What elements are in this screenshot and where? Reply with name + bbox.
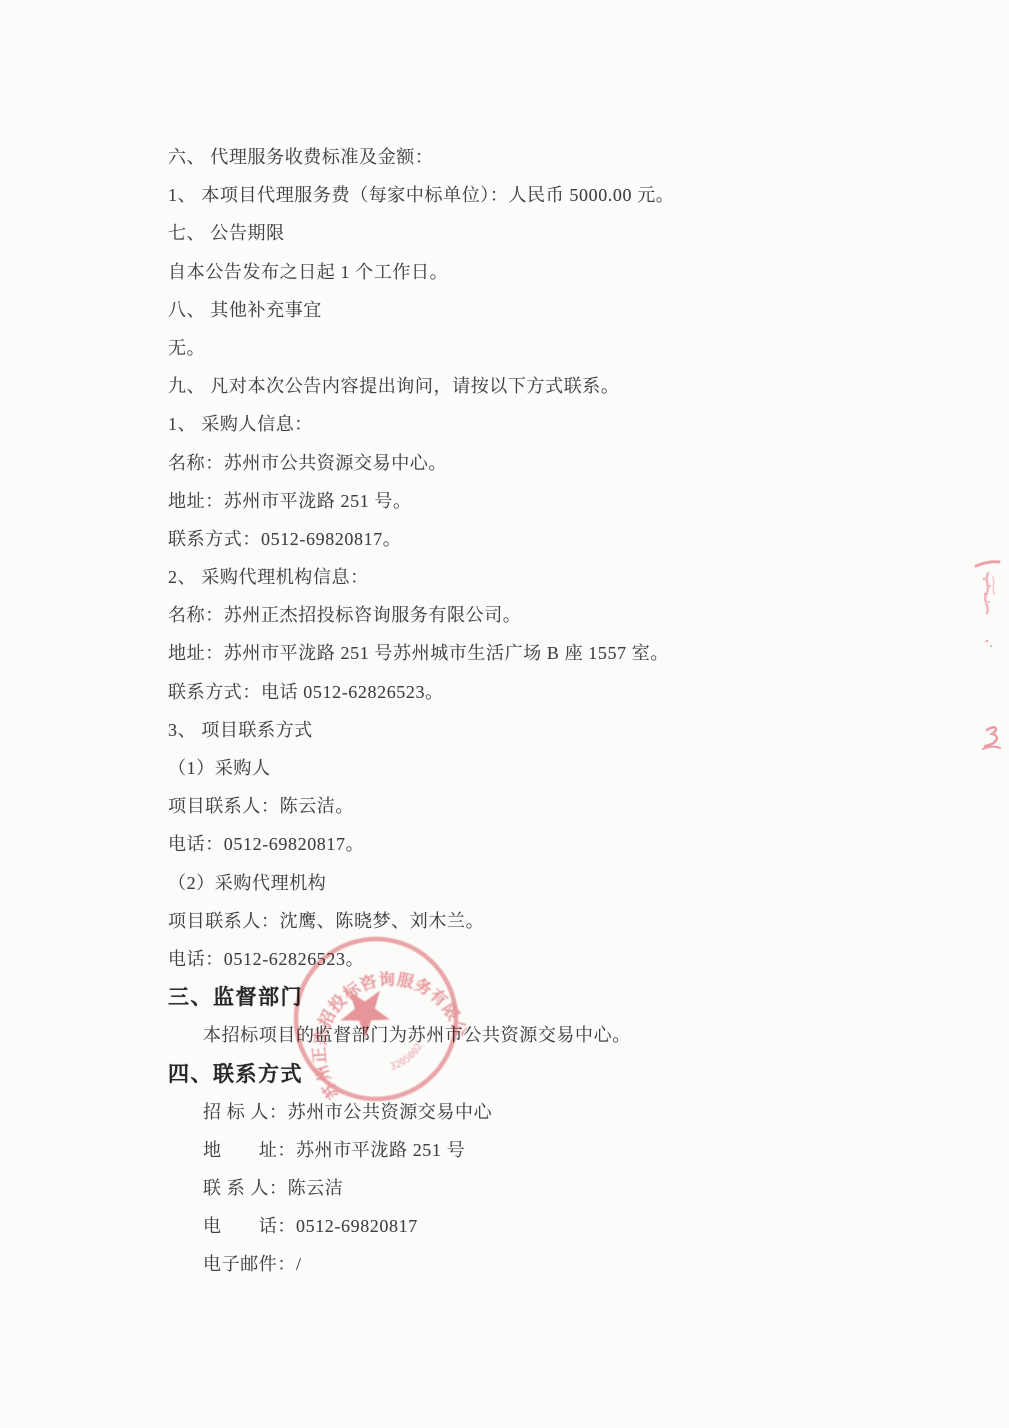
doc-line: 地址：苏州市平泷路 251 号苏州城市生活广场 B 座 1557 室。 [168, 643, 968, 663]
doc-line: 本招标项目的监督部门为苏州市公共资源交易中心。 [168, 1025, 968, 1045]
doc-line: （1）采购人 [168, 758, 968, 778]
contact-row-person: 联 系 人：陈云洁 [168, 1178, 968, 1198]
stamp-edge-artifact [963, 553, 1009, 665]
contact-row-address: 地 址：苏州市平泷路 251 号 [168, 1140, 968, 1160]
doc-line: 2、 采购代理机构信息： [168, 567, 968, 587]
doc-line: 电话：0512-69820817。 [168, 834, 968, 854]
doc-line: 项目联系人：陈云洁。 [168, 796, 968, 816]
doc-line: 名称：苏州正杰招投标咨询服务有限公司。 [168, 605, 968, 625]
doc-line: 自本公告发布之日起 1 个工作日。 [168, 262, 968, 282]
doc-line: 八、 其他补充事宜 [168, 300, 968, 320]
doc-line: 七、 公告期限 [168, 223, 968, 243]
doc-line: 3、 项目联系方式 [168, 720, 968, 740]
doc-line: 地址：苏州市平泷路 251 号。 [168, 491, 968, 511]
doc-line: 六、 代理服务收费标准及金额： [168, 147, 968, 167]
doc-line: 1、 采购人信息： [168, 414, 968, 434]
doc-line: （2）采购代理机构 [168, 873, 968, 893]
contact-row-phone: 电 话：0512-69820817 [168, 1216, 968, 1236]
doc-line: 项目联系人：沈鹰、陈晓梦、刘木兰。 [168, 911, 968, 931]
doc-line: 无。 [168, 338, 968, 358]
doc-line: 联系方式：电话 0512-62826523。 [168, 682, 968, 702]
doc-line: 联系方式：0512-69820817。 [168, 529, 968, 549]
document-body: 六、 代理服务收费标准及金额： 1、 本项目代理服务费（每家中标单位）：人民币 … [168, 147, 968, 1293]
scanned-document-page: 六、 代理服务收费标准及金额： 1、 本项目代理服务费（每家中标单位）：人民币 … [0, 0, 1009, 1428]
contact-row-email: 电子邮件：/ [168, 1254, 968, 1274]
section-heading-supervision: 三、监督部门 [168, 987, 968, 1008]
doc-line: 名称：苏州市公共资源交易中心。 [168, 453, 968, 473]
contact-row-bidder: 招 标 人：苏州市公共资源交易中心 [168, 1102, 968, 1122]
doc-line: 电话：0512-62826523。 [168, 949, 968, 969]
section-heading-contact: 四、联系方式 [168, 1064, 968, 1085]
stamp-edge-artifact [973, 718, 1009, 760]
doc-line: 1、 本项目代理服务费（每家中标单位）：人民币 5000.00 元。 [168, 185, 968, 205]
doc-line: 九、 凡对本次公告内容提出询问，请按以下方式联系。 [168, 376, 968, 396]
